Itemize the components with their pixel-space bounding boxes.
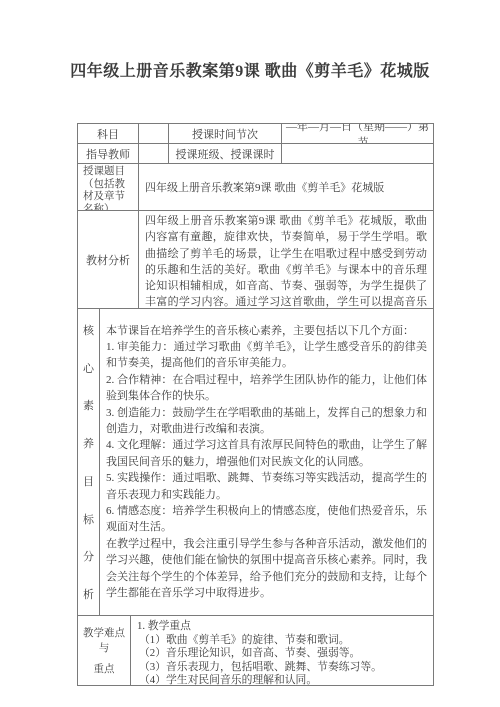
class-value-cell [282,144,433,163]
class-label: 授课班级、授课课时 [169,144,282,163]
document-page: 四年级上册音乐教案第9课 歌曲《剪羊毛》花城版 科目 授课时间节次 —年—月—日… [0,0,500,707]
core-label-char: 心 [83,360,94,376]
time-value: —年—月—日（星期——）第—节 [282,124,433,143]
key-points-label-line2: 重点 [94,661,115,676]
key-points-heading: 1. 教学重点 [137,620,427,634]
lesson-plan-table: 科目 授课时间节次 —年—月—日（星期——）第—节 指导教师 授课班级、授课课时… [77,123,434,686]
core-label-char: 分 [83,548,94,564]
core-label-char: 析 [83,586,94,602]
table-row-subject: 科目 授课时间节次 —年—月—日（星期——）第—节 [78,124,433,144]
core-item: 1. 审美能力：通过学习歌曲《剪羊毛》，让学生感受音乐的韵律美和节奏美，提高他们… [106,339,427,372]
key-point-item: （2）音乐理论知识，如音高、节奏、强弱等。 [137,647,427,661]
core-outro: 在教学过程中，我会注重引导学生参与各种音乐活动，激发他们的学习兴趣，使他们能在愉… [106,536,427,602]
material-analysis-label: 教材分析 [78,211,139,308]
core-item: 5. 实践操作：通过唱歌、跳舞、节奏练习等实践活动，提高学生的音乐表现力和实践能… [106,470,427,503]
core-label-char: 标 [83,511,94,527]
key-point-item: （3）音乐表现力，包括唱歌、跳舞、节奏练习等。 [137,661,427,675]
table-row-topic: 授课题目（包括教材及章节名称） 四年级上册音乐教案第9课 歌曲《剪羊毛》花城版 [78,164,433,211]
core-label-char: 养 [83,435,94,451]
time-label: 授课时间节次 [169,124,282,143]
topic-content: 四年级上册音乐教案第9课 歌曲《剪羊毛》花城版 [139,164,433,210]
core-item: 4. 文化理解：通过学习这首具有浓厚民间特色的歌曲，让学生了解我国民间音乐的魅力… [106,437,427,470]
table-row-teacher: 指导教师 授课班级、授课课时 [78,144,433,164]
core-literacy-label: 核 心 素 养 目 标 分 析 [78,309,100,615]
key-point-item: （4）学生对民间音乐的理解和认同。 [137,674,427,685]
core-literacy-content: 本节课旨在培养学生的音乐核心素养，主要包括以下几个方面： 1. 审美能力：通过学… [100,309,433,615]
core-item: 6. 情感态度：培养学生积极向上的情感态度，使他们热爱音乐，乐观面对生活。 [106,503,427,536]
core-label-char: 素 [83,397,94,413]
teacher-value-cell [139,144,169,163]
key-points-label: 教学难点与 重点 [78,616,131,685]
material-analysis-content: 四年级上册音乐教案第9课 歌曲《剪羊毛》花城版，歌曲内容富有童趣，旋律欢快，节奏… [139,211,433,308]
table-row-material-analysis: 教材分析 四年级上册音乐教案第9课 歌曲《剪羊毛》花城版，歌曲内容富有童趣，旋律… [78,211,433,309]
table-row-core-literacy: 核 心 素 养 目 标 分 析 本节课旨在培养学生的音乐核心素养，主要包括以下几… [78,309,433,616]
key-point-item: （1）歌曲《剪羊毛》的旋律、节奏和歌词。 [137,634,427,648]
subject-label: 科目 [78,124,139,143]
core-label-char: 目 [83,473,94,489]
topic-label: 授课题目（包括教材及章节名称） [78,164,139,210]
core-intro: 本节课旨在培养学生的音乐核心素养，主要包括以下几个方面： [106,323,427,339]
page-title: 四年级上册音乐教案第9课 歌曲《剪羊毛》花城版 [0,58,500,81]
subject-value-cell [139,124,169,143]
key-points-content: 1. 教学重点 （1）歌曲《剪羊毛》的旋律、节奏和歌词。 （2）音乐理论知识，如… [131,616,433,685]
core-item: 3. 创造能力：鼓励学生在学唱歌曲的基础上，发挥自己的想象力和创造力，对歌曲进行… [106,405,427,438]
teacher-label: 指导教师 [78,144,139,163]
core-item: 2. 合作精神：在合唱过程中，培养学生团队协作的能力，让他们体验到集体合作的快乐… [106,372,427,405]
table-row-key-points: 教学难点与 重点 1. 教学重点 （1）歌曲《剪羊毛》的旋律、节奏和歌词。 （2… [78,616,433,685]
core-label-char: 核 [83,322,94,338]
key-points-label-line1: 教学难点与 [78,625,130,655]
